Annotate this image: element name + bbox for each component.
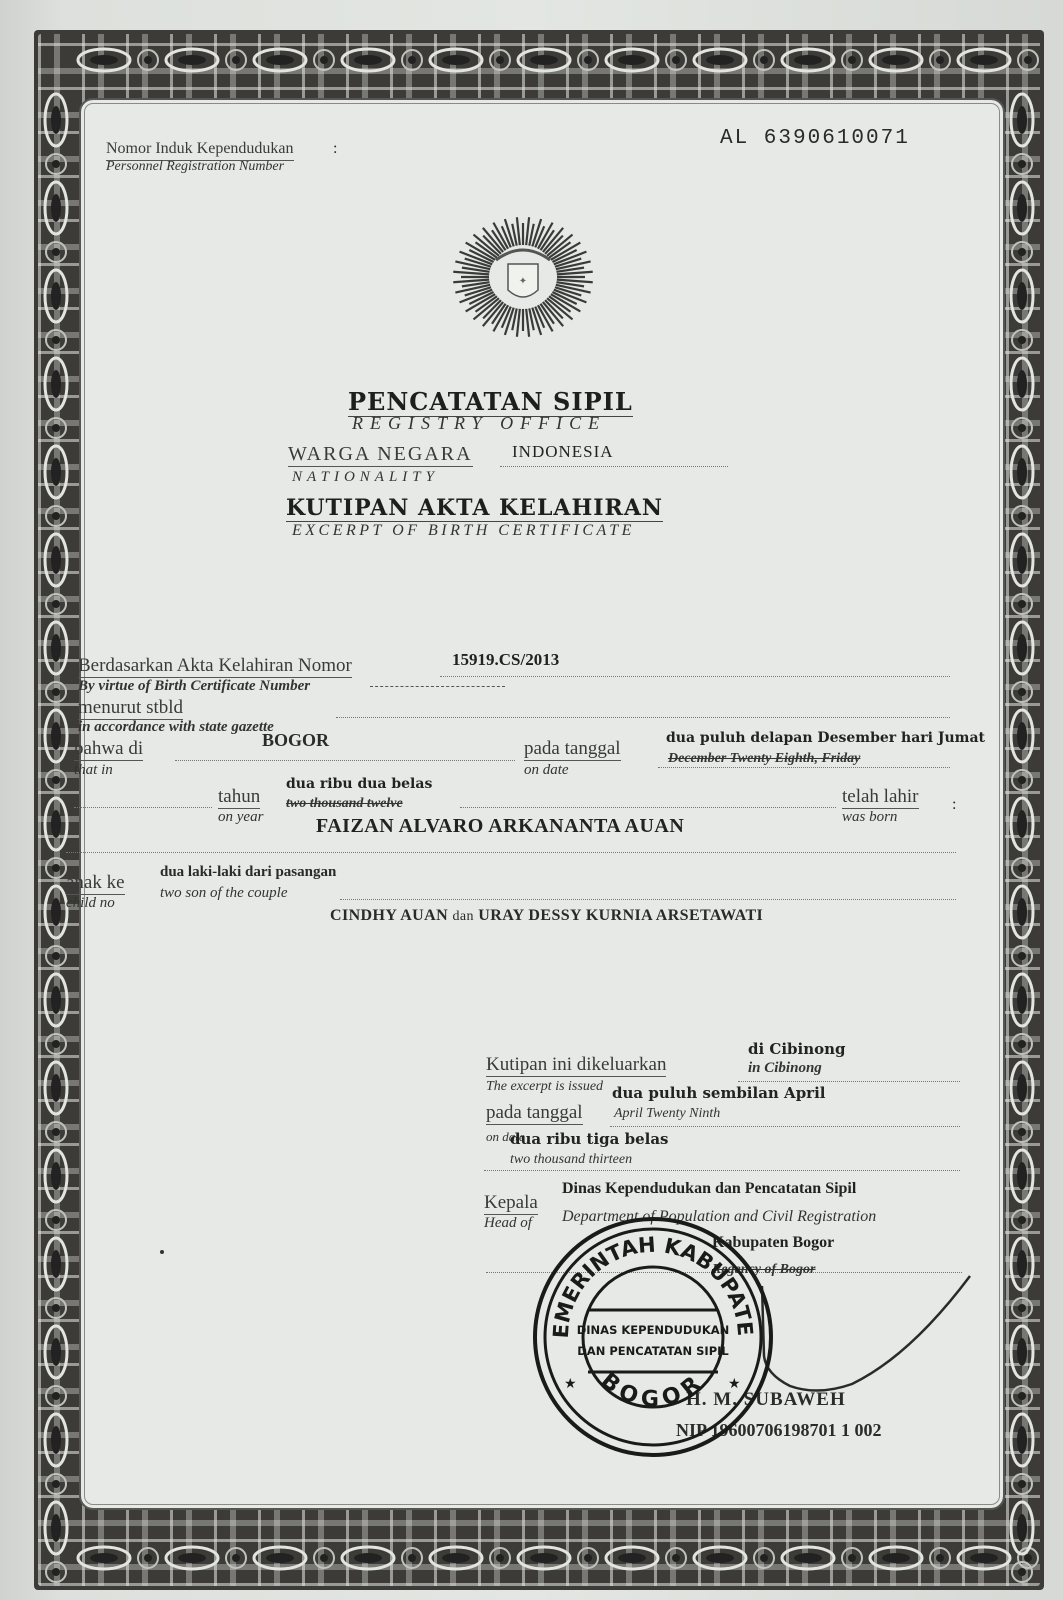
child-no-label: anak ke: [66, 872, 125, 895]
issued-date-en: April Twenty Ninth: [614, 1106, 720, 1122]
nationality-value: INDONESIA: [512, 442, 614, 462]
svg-text:DINAS KEPENDUDUKAN: DINAS KEPENDUDUKAN: [577, 1323, 730, 1337]
nik-label-en: Personnel Registration Number: [106, 158, 284, 176]
parents: CINDHY AUAN dan URAY DESSY KURNIA ARSETA…: [330, 907, 763, 925]
birth-year-value-en: two thousand twelve: [286, 796, 403, 812]
svg-text:BOGOR: BOGOR: [596, 1368, 710, 1412]
document-title-en: EXCERPT OF BIRTH CERTIFICATE: [292, 522, 635, 540]
stbld-label-en: in accordance with state gazette: [78, 718, 274, 736]
father-name: CINDHY AUAN: [330, 907, 448, 924]
birth-date-label: pada tanggal: [524, 738, 621, 761]
signature-icon: [760, 1256, 980, 1396]
birth-year-label-en: on year: [218, 808, 263, 826]
cert-number-label: Berdasarkan Akta Kelahiran Nomor: [78, 655, 352, 678]
born-label: telah lahir: [842, 786, 919, 809]
head-label-en: Head of: [484, 1214, 532, 1232]
cert-number-value: 15919.CS/2013: [452, 650, 559, 670]
born-label-en: was born: [842, 808, 897, 826]
child-no-value: dua laki-laki dari pasangan: [160, 864, 336, 881]
scan-speck: [160, 1250, 164, 1254]
birth-date-label-en: on date: [524, 761, 569, 779]
serial-number: AL 6390610071: [720, 127, 910, 150]
svg-text:✦: ✦: [519, 276, 527, 287]
issued-year: dua ribu tiga belas: [510, 1130, 669, 1148]
child-no-label-en: child no: [66, 894, 115, 912]
document-title: KUTIPAN AKTA KELAHIRAN: [286, 495, 663, 522]
department: Dinas Kependudukan dan Pencatatan Sipil: [562, 1180, 856, 1198]
svg-text:DAN PENCATATAN SIPIL: DAN PENCATATAN SIPIL: [577, 1344, 729, 1358]
birth-date-value-en: December Twenty Eighth, Friday: [668, 751, 860, 767]
issued-date-label: pada tanggal: [486, 1102, 583, 1125]
place-label-en: that in: [74, 761, 113, 779]
issued-place: di Cibinong: [748, 1040, 846, 1058]
nik-colon: :: [333, 140, 337, 158]
child-name: FAIZAN ALVARO ARKANANTA AUAN: [316, 815, 684, 838]
office-title-en: REGISTRY OFFICE: [352, 413, 606, 434]
child-no-value-en: two son of the couple: [160, 885, 288, 902]
parents-conjunction: dan: [452, 909, 473, 924]
birth-year-value: dua ribu dua belas: [286, 776, 432, 792]
official-stamp-icon: PEMERINTAH KABUPATEN BOGOR DINAS KEPENDU…: [528, 1212, 778, 1462]
nationality-label: WARGA NEGARA: [288, 443, 473, 467]
issued-label-en: The excerpt is issued: [486, 1078, 603, 1096]
issued-date: dua puluh sembilan April: [612, 1084, 825, 1102]
mother-name: URAY DESSY KURNIA ARSETAWATI: [478, 907, 763, 924]
issued-place-en: in Cibinong: [748, 1060, 822, 1077]
birth-date-value: dua puluh delapan Desember hari Jumat: [666, 730, 985, 746]
cert-number-label-en: By virtue of Birth Certificate Number: [78, 677, 310, 695]
born-colon: :: [952, 796, 956, 814]
garuda-emblem-icon: ✦: [446, 212, 600, 342]
stbld-label: menurut stbld: [78, 697, 183, 720]
stbld-dash: [370, 686, 505, 687]
birth-year-label: tahun: [218, 786, 260, 809]
issued-label: Kutipan ini dikeluarkan: [486, 1054, 666, 1077]
issued-year-en: two thousand thirteen: [510, 1152, 632, 1168]
nationality-label-en: NATIONALITY: [292, 469, 439, 486]
place-label: bahwa di: [74, 738, 143, 761]
place-value: BOGOR: [262, 730, 329, 751]
svg-text:PEMERINTAH KABUPATEN: PEMERINTAH KABUPATEN: [528, 1212, 757, 1339]
svg-text:★: ★: [728, 1377, 741, 1392]
svg-text:★: ★: [564, 1377, 577, 1392]
